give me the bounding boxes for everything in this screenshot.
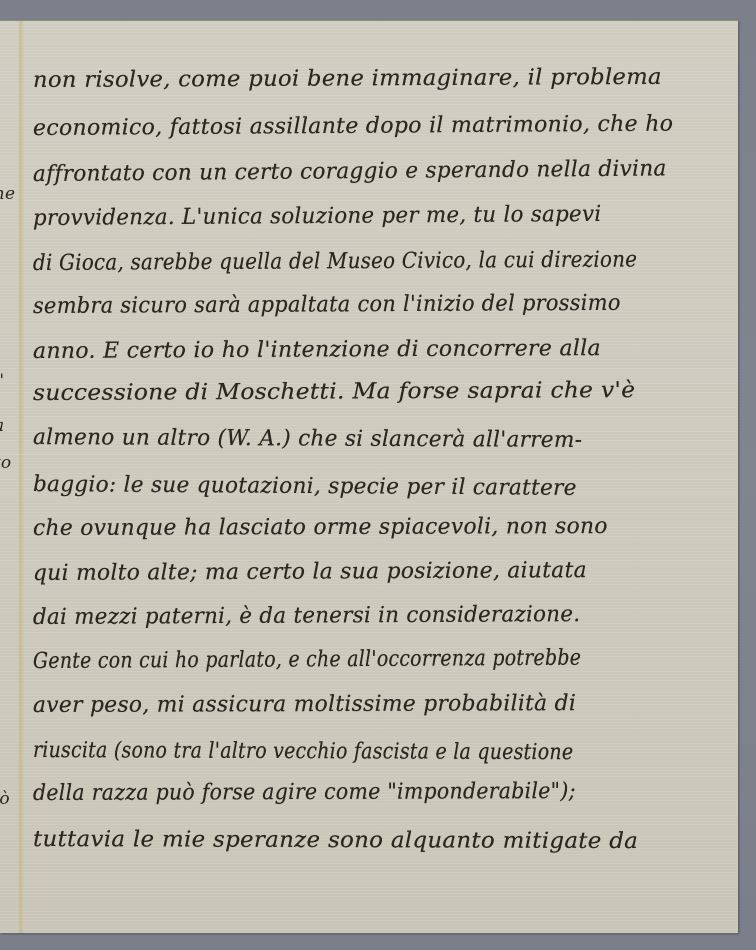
text-line: sembra sicuro sarà appaltata con l'inizi…: [33, 291, 621, 319]
text-line: che ovunque ha lasciato orme spiacevoli,…: [33, 514, 608, 541]
margin-fragment: l': [0, 371, 4, 391]
text-line: affrontato con un certo coraggio e spera…: [33, 156, 667, 187]
text-line: qui molto alte; ma certo la sua posizion…: [33, 558, 587, 586]
text-line: provvidenza. L'unica soluzione per me, t…: [33, 202, 602, 231]
margin-fragment: iò: [0, 789, 10, 809]
vertical-fold-crease: [18, 21, 24, 933]
text-line: tuttavia le mie speranze sono alquanto m…: [33, 827, 638, 854]
text-line: anno. E certo io ho l'intenzione di conc…: [33, 336, 601, 364]
text-line: riuscita (sono tra l'altro vecchio fasci…: [33, 738, 573, 765]
text-line: della razza può forse agire come "impond…: [33, 779, 576, 806]
text-line: dai mezzi paterni, è da tenersi in consi…: [33, 602, 580, 630]
text-line: Gente con cui ho parlato, e che all'occo…: [33, 646, 581, 674]
text-line: baggio: le sue quotazioni, specie per il…: [33, 472, 577, 501]
text-line: aver peso, mi assicura moltissime probab…: [33, 691, 576, 718]
letter-page: he l' a to iò non risolve, come puoi ben…: [0, 20, 738, 933]
text-line: economico, fattosi assillante dopo il ma…: [33, 112, 673, 141]
margin-fragment: he: [0, 184, 15, 204]
margin-fragment: a: [0, 416, 4, 436]
text-line: successione di Moschetti. Ma forse sapra…: [33, 378, 635, 406]
margin-fragment: to: [0, 453, 11, 473]
text-line: di Gioca, sarebbe quella del Museo Civic…: [33, 247, 637, 276]
text-line: non risolve, come puoi bene immaginare, …: [33, 65, 662, 93]
text-line: almeno un altro (W. A.) che si slancerà …: [33, 425, 582, 453]
horizontal-fold-crease: [0, 454, 738, 456]
